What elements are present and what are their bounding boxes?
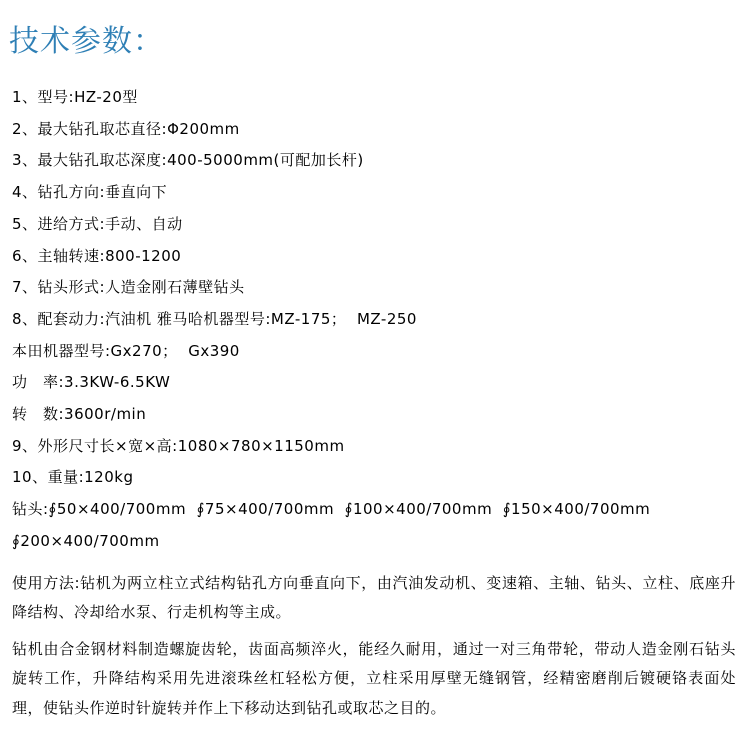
spec-item-bit-type: 7、钻头形式:人造金刚石薄壁钻头 (12, 272, 738, 304)
description-paragraph: 钻机由合金钢材料制造螺旋齿轮，齿面高频淬火，能经久耐用，通过一对三角带轮，带动人… (12, 635, 736, 724)
spec-item-model: 1、型号:HZ-20型 (12, 82, 738, 114)
spec-item-drill-direction: 4、钻孔方向:垂直向下 (12, 177, 738, 209)
spec-item-power-unit: 8、配套动力:汽油机 雅马哈机器型号:MZ-175； MZ-250 (12, 304, 738, 336)
spec-item-bit-sizes: 钻头:∮50×400/700mm ∮75×400/700mm ∮100×400/… (12, 494, 738, 557)
spec-list: 1、型号:HZ-20型 2、最大钻孔取芯直径:Φ200mm 3、最大钻孔取芯深度… (12, 82, 738, 558)
spec-sheet: 技术参数： 1、型号:HZ-20型 2、最大钻孔取芯直径:Φ200mm 3、最大… (0, 0, 750, 750)
spec-item-weight: 10、重量:120kg (12, 462, 738, 494)
usage-paragraph: 使用方法:钻机为两立柱立式结构钻孔方向垂直向下，由汽油发动机、变速箱、主轴、钻头… (12, 569, 736, 628)
spec-item-honda-models: 本田机器型号:Gx270； Gx390 (12, 336, 738, 368)
spec-item-feed-mode: 5、进给方式:手动、自动 (12, 209, 738, 241)
spec-item-spindle-speed: 6、主轴转速:800-1200 (12, 241, 738, 273)
spec-item-dimensions: 9、外形尺寸长×宽×高:1080×780×1150mm (12, 431, 738, 463)
spec-item-max-core-diameter: 2、最大钻孔取芯直径:Φ200mm (12, 114, 738, 146)
page-title: 技术参数： (9, 22, 738, 62)
spec-item-max-core-depth: 3、最大钻孔取芯深度:400-5000mm(可配加长杆) (12, 145, 738, 177)
spec-item-rpm: 转 数:3600r/min (12, 399, 738, 431)
spec-item-power-rating: 功 率:3.3KW-6.5KW (12, 367, 738, 399)
